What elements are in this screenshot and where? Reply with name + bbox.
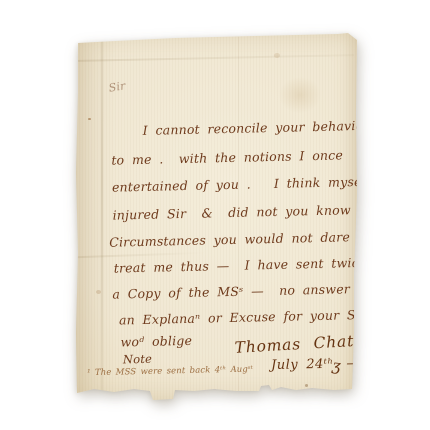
- paraph-flourish: ʒ: [331, 358, 341, 374]
- letter-line: to me . with the notions I once: [111, 149, 343, 167]
- letter-line: a Copy of the MSˢ — no answer from you —: [112, 281, 430, 301]
- salutation: Sir: [108, 80, 126, 94]
- letter-line: Circumstances you would not dare to: [109, 231, 371, 249]
- letter-text: Sir I cannot reconcile your behaviour to…: [71, 27, 360, 401]
- letter-line: treat me thus — I have sent twice for: [114, 256, 393, 275]
- note-label: Note: [123, 354, 152, 366]
- recipient-annotation: ¹ The MSS were sent back 4ᵗʰ Augˢᵗ: [87, 365, 253, 377]
- foxing-spot: [213, 389, 216, 391]
- letter-photo: Sir I cannot reconcile your behaviour to…: [76, 33, 357, 401]
- letter-line: an Explanaⁿ or Excuse for your Silence: [119, 308, 395, 327]
- letter-line: entertained of you . I think myself: [112, 176, 371, 194]
- signature: Thomas Chatterton: [234, 331, 407, 356]
- date-line: July 24ᵗʰ. —: [271, 357, 360, 372]
- photo-canvas: Sir I cannot reconcile your behaviour to…: [0, 0, 430, 430]
- letter-line: woᵈ oblige: [120, 335, 192, 349]
- letter-line: I cannot reconcile your behaviour: [143, 120, 378, 138]
- letter-line: injured Sir & did not you know my: [112, 204, 377, 223]
- letter-paper: Sir I cannot reconcile your behaviour to…: [76, 33, 357, 401]
